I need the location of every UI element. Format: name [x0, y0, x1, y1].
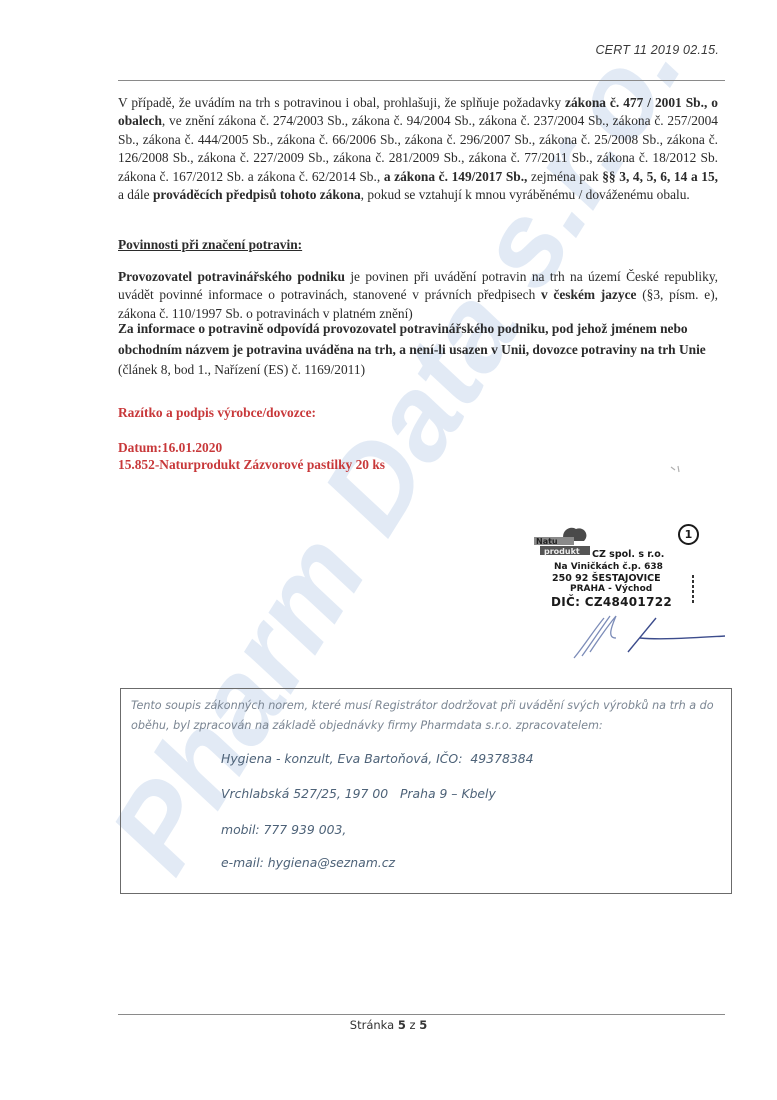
- page-indicator: Stránka 5 z 5: [0, 1018, 777, 1032]
- stamp-company: CZ spol. s r.o.: [592, 549, 664, 560]
- processor-email[interactable]: e-mail: hygiena@seznam.cz: [221, 855, 395, 870]
- naturprodukt-logo-icon: Natu produkt: [534, 527, 590, 557]
- processor-name: Hygiena - konzult, Eva Bartoňová, IČO: 4…: [221, 751, 533, 766]
- document-page: Pharm Data s.r.o. CERT 11 2019 02.15. V …: [0, 0, 777, 1100]
- footer-divider: [118, 1014, 725, 1015]
- labeling-obligation: Provozovatel potravinářského podniku je …: [118, 268, 718, 323]
- header-divider: [118, 80, 725, 81]
- date: Datum:16.01.2020: [118, 439, 385, 456]
- packaging-declaration: V případě, že uvádím na trh s potravinou…: [118, 94, 718, 204]
- svg-text:produkt: produkt: [544, 547, 580, 556]
- stamp-address-city: 250 92 ŠESTAJOVICE: [552, 573, 661, 584]
- stamp-address-street: Na Viničkách č.p. 638: [554, 562, 663, 572]
- processor-address: Vrchlabská 527/25, 197 00 Praha 9 – Kbel…: [221, 786, 496, 801]
- product-name: 15.852-Naturprodukt Zázvorové pastilky 2…: [118, 456, 385, 473]
- document-code: CERT 11 2019 02.15.: [595, 43, 719, 57]
- stamp-edge-mark: [690, 575, 696, 605]
- svg-text:Natu: Natu: [536, 537, 558, 546]
- stamp-signature-label: Razítko a podpis výrobce/dovozce:: [118, 405, 316, 421]
- date-product-block: Datum:16.01.2020 15.852-Naturprodukt Záz…: [118, 439, 385, 473]
- processor-phone: mobil: 777 939 003,: [221, 822, 346, 837]
- processor-info-box: Tento soupis zákonných norem, které musí…: [120, 688, 732, 894]
- signature-icon: [570, 608, 730, 660]
- labeling-section-title: Povinnosti při značení potravin:: [118, 237, 302, 253]
- responsibility-statement: Za informace o potravině odpovídá provoz…: [118, 319, 718, 381]
- stamp-number-badge: 1: [678, 524, 699, 545]
- stamp-tax-id: DIČ: CZ48401722: [551, 595, 672, 609]
- stamp-address-region: PRAHA - Východ: [570, 584, 652, 594]
- scan-speck-icon: [670, 464, 684, 474]
- info-intro: Tento soupis zákonných norem, které musí…: [131, 696, 723, 736]
